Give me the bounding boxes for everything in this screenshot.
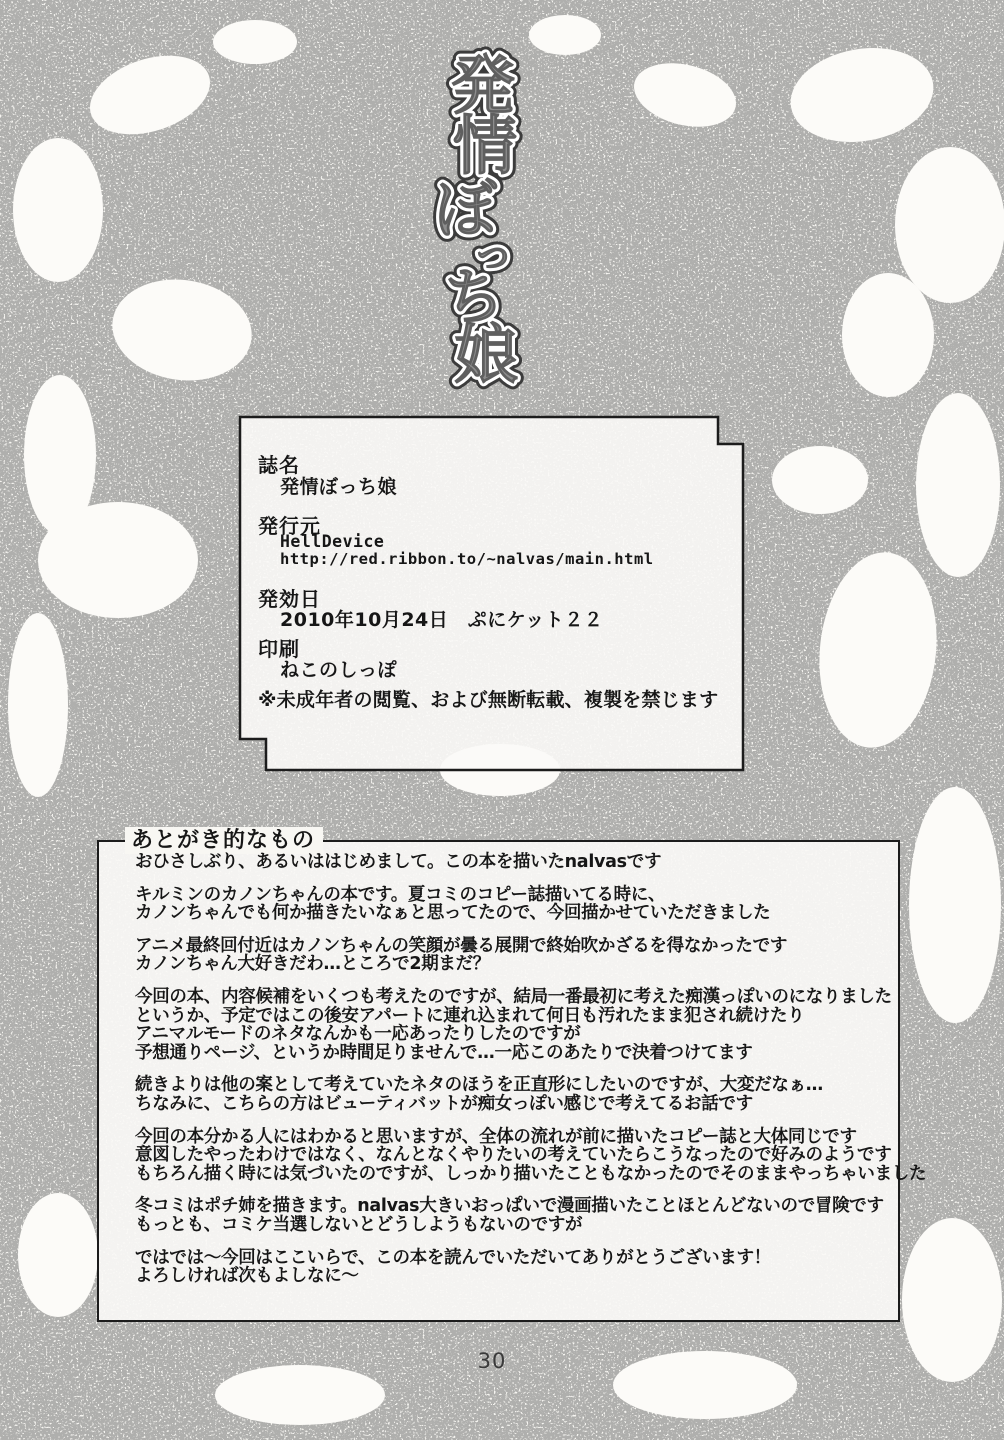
afterword-line: おひさしぶり、あるいははじめまして。この本を描いたnalvasです xyxy=(135,853,882,872)
afterword-paragraph: 続きよりは他の案として考えていたネタのほうを正直形にしたいのですが、大変だなぁ…… xyxy=(135,1076,882,1113)
afterword-line: 意図したやったわけではなく、なんとなくやりたいの考えていたらこうなったので好みの… xyxy=(135,1146,882,1165)
colophon-value-printer: ねこのしっぽ xyxy=(280,655,397,682)
colophon-box: 誌名 発情ぼっち娘 発行元 HellDevice http://red.ribb… xyxy=(240,417,743,770)
afterword-paragraph: ではでは～今回はここいらで、この本を読んでいただいてありがとうございます！ よろ… xyxy=(135,1249,882,1286)
afterword-line: というか、予定ではこの後安アパートに連れ込まれて何日も汚れたまま犯され続けたり xyxy=(135,1007,882,1026)
afterword-line: もちろん描く時には気づいたのですが、しっかり描いたこともなかったのでそのままやっ… xyxy=(135,1165,882,1184)
colophon-value-date: 2010年10月24日 ぷにケット２２ xyxy=(280,605,603,632)
afterword-heading: あとがき的なもの xyxy=(125,827,323,854)
svg-text:娘: 娘 xyxy=(454,319,518,393)
afterword-line: よろしければ次もよしなに～ xyxy=(135,1267,882,1286)
afterword-paragraph: 今回の本分かる人にはわかると思いますが、全体の流れが前に描いたコピー誌と大体同じ… xyxy=(135,1128,882,1184)
afterword-paragraph: おひさしぶり、あるいははじめまして。この本を描いたnalvasです xyxy=(135,853,882,872)
afterword-line: ちなみに、こちらの方はビューティバットが痴女っぽい感じで考えてるお話です xyxy=(135,1095,882,1114)
afterword-line: 冬コミはポチ姉を描きます。nalvas大きいおっぱいで漫画描いたことほとんどない… xyxy=(135,1197,882,1216)
afterword-paragraph: アニメ最終回付近はカノンちゃんの笑顔が曇る展開で終始吹かざるを得なかったです カ… xyxy=(135,937,882,974)
afterword-line: アニメ最終回付近はカノンちゃんの笑顔が曇る展開で終始吹かざるを得なかったです xyxy=(135,937,882,956)
afterword-line: カノンちゃん大好きだわ…ところで2期まだ？ xyxy=(135,955,882,974)
scanned-doujin-colophon-page: 発 情 ぼ っ ち 娘 発 情 ぼ っ ち 娘 発 情 ぼ っ ち 娘 誌名 発 xyxy=(0,0,1004,1440)
afterword-line: 今回の本、内容候補をいくつも考えたのですが、結局一番最初に考えた痴漢っぽいのにな… xyxy=(135,988,882,1007)
afterword-paragraph: 今回の本、内容候補をいくつも考えたのですが、結局一番最初に考えた痴漢っぽいのにな… xyxy=(135,988,882,1062)
book-title-vertical: 発 情 ぼ っ ち 娘 発 情 ぼ っ ち 娘 発 情 ぼ っ ち 娘 xyxy=(408,36,588,416)
afterword-body: おひさしぶり、あるいははじめまして。この本を描いたnalvasです キルミンのカ… xyxy=(135,853,882,1300)
afterword-line: 今回の本分かる人にはわかると思いますが、全体の流れが前に描いたコピー誌と大体同じ… xyxy=(135,1128,882,1147)
page-number: 30 xyxy=(462,1349,522,1373)
colophon-value-url: http://red.ribbon.to/~nalvas/main.html xyxy=(280,550,654,568)
afterword-line: もっとも、コミケ当選しないとどうしようもないのですが xyxy=(135,1216,882,1235)
afterword-box: あとがき的なもの おひさしぶり、あるいははじめまして。この本を描いたnalvas… xyxy=(97,840,900,1322)
colophon-value-title: 発情ぼっち娘 xyxy=(280,472,397,499)
title-fill-layer: 発 情 ぼ っ ち 娘 xyxy=(435,50,518,393)
afterword-line: アニマルモードのネタなんかも一応あったりしたのですが xyxy=(135,1025,882,1044)
afterword-paragraph: キルミンのカノンちゃんの本です。夏コミのコピー誌描いてる時に、 カノンちゃんでも… xyxy=(135,886,882,923)
afterword-paragraph: 冬コミはポチ姉を描きます。nalvas大きいおっぱいで漫画描いたことほとんどない… xyxy=(135,1197,882,1234)
colophon-value-publisher: HellDevice xyxy=(280,532,384,551)
afterword-line: 予想通りページ、というか時間足りませんで…一応このあたりで決着つけてます xyxy=(135,1044,882,1063)
afterword-line: カノンちゃんでも何か描きたいなぁと思ってたので、今回描かせていただきました xyxy=(135,904,882,923)
afterword-line: 続きよりは他の案として考えていたネタのほうを正直形にしたいのですが、大変だなぁ… xyxy=(135,1076,882,1095)
afterword-line: ではでは～今回はここいらで、この本を読んでいただいてありがとうございます！ xyxy=(135,1249,882,1268)
afterword-line: キルミンのカノンちゃんの本です。夏コミのコピー誌描いてる時に、 xyxy=(135,886,882,905)
age-restriction-notice: ※未成年者の閲覧、および無断転載、複製を禁じます xyxy=(258,685,718,712)
